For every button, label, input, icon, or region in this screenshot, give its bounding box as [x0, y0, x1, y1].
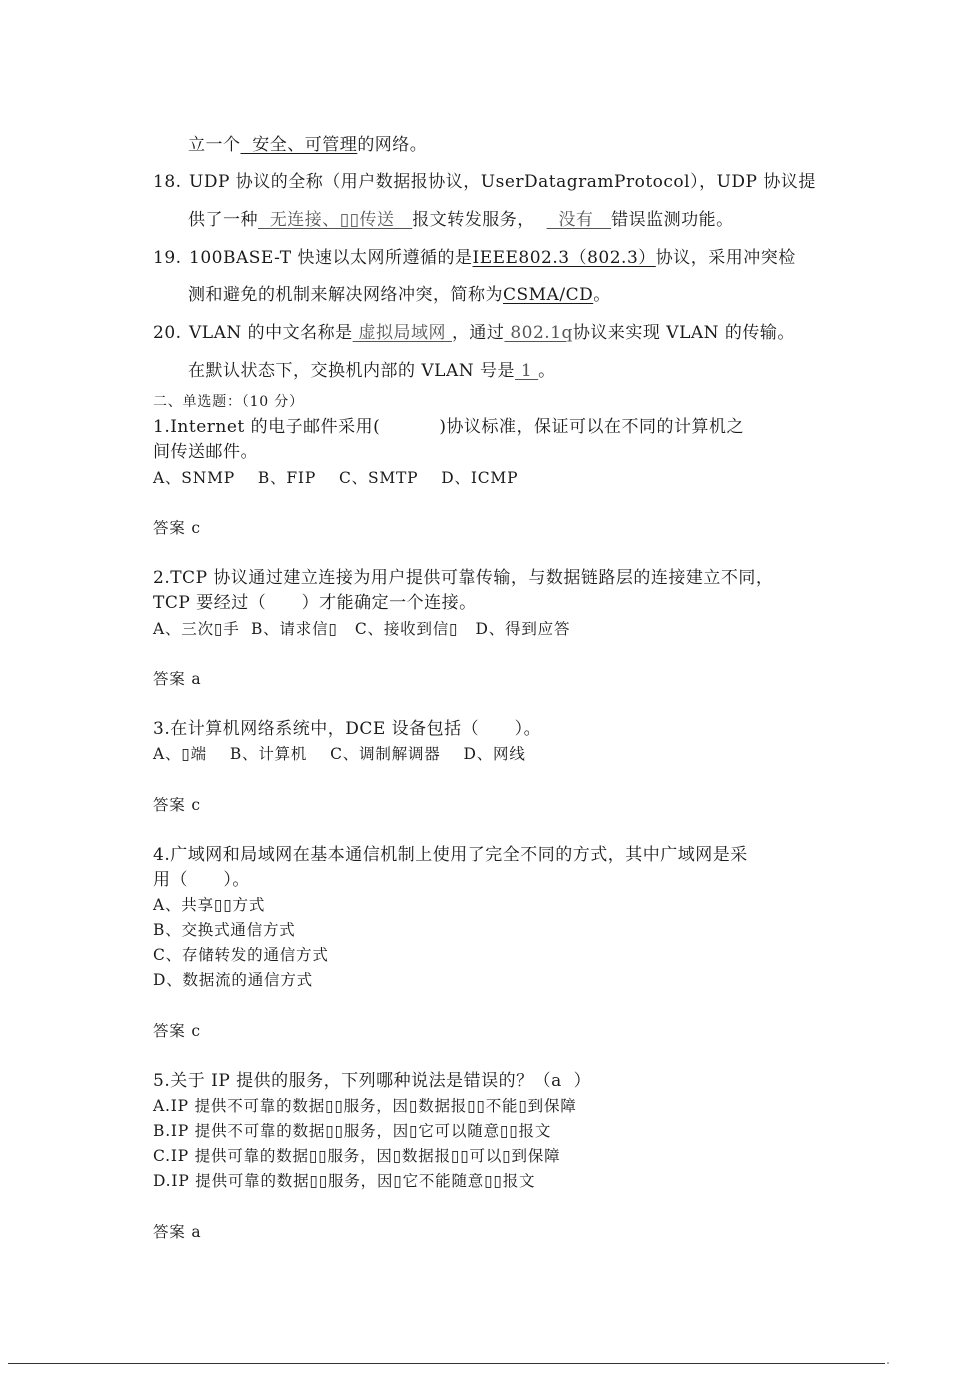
mcq-4-option-b: B、交换式通信方式 [153, 919, 296, 941]
text: 错误监测功能。 [611, 210, 734, 230]
mcq-1-options: A、SNMP B、FIP C、SMTP D、ICMP [153, 467, 518, 489]
mcq-1-answer: 答案 c [153, 517, 201, 539]
q18-answer-blank-1: 无连接、▯▯传送 [258, 210, 412, 230]
mcq-5-option-c: C.IP 提供可靠的数据▯▯服务，因▯数据报▯▯可以▯到保障 [153, 1145, 560, 1167]
mcq-2-answer: 答案 a [153, 668, 201, 690]
text: 在默认状态下，交换机内部的 VLAN 号是 [188, 361, 515, 381]
q17-tail: 立一个 安全、可管理的网络。 [188, 134, 427, 156]
q19-line2: 测和避免的机制来解决网络冲突，简称为CSMA/CD。 [188, 284, 611, 306]
text: VLAN 的中文名称是 [189, 323, 353, 343]
mcq-3-answer: 答案 c [153, 794, 201, 816]
mcq-5-stem: 5.关于 IP 提供的服务，下列哪种说法是错误的？（a ） [153, 1070, 591, 1092]
text: 测和避免的机制来解决网络冲突，简称为 [188, 285, 503, 305]
mcq-5-option-a: A.IP 提供不可靠的数据▯▯服务，因▯数据报▯▯不能▯到保障 [153, 1095, 577, 1117]
text: 。 [538, 361, 556, 381]
q17-answer-blank: 安全、可管理 [241, 135, 358, 155]
footer-mark [887, 1362, 889, 1364]
mcq-5-option-d: D.IP 提供可靠的数据▯▯服务，因▯它不能随意▯▯报文 [153, 1170, 535, 1192]
mcq-3-options: A、▯端 B、计算机 C、调制解调器 D、网线 [153, 743, 526, 765]
text: 报文转发服务， [412, 210, 546, 230]
text: 供了一种 [188, 210, 258, 230]
text: ，通过 [452, 323, 505, 343]
text: 100BASE-T 快速以太网所遵循的是 [189, 248, 472, 268]
question-number: 19. [153, 247, 189, 269]
section-heading: 二、单选题：（10 分） [153, 391, 304, 413]
mcq-2-stem-line2: TCP 要经过（ ）才能确定一个连接。 [153, 592, 477, 614]
mcq-5-answer: 答案 a [153, 1221, 201, 1243]
mcq-1-stem-line1: 1.Internet 的电子邮件采用( )协议标准，保证可以在不同的计算机之 [153, 416, 744, 438]
mcq-4-answer: 答案 c [153, 1020, 201, 1042]
mcq-5-option-b: B.IP 提供不可靠的数据▯▯服务，因▯它可以随意▯▯报文 [153, 1120, 551, 1142]
q19-answer-blank-2: CSMA/CD [503, 285, 593, 305]
mcq-2-stem-line1: 2.TCP 协议通过建立连接为用户提供可靠传输，与数据链路层的连接建立不同， [153, 567, 773, 589]
question-number: 20. [153, 322, 189, 344]
q18-line2: 供了一种 无连接、▯▯传送 报文转发服务， 没有 错误监测功能。 [188, 209, 734, 231]
mcq-4-option-a: A、共享▯▯方式 [153, 894, 265, 916]
text: 的网络。 [357, 135, 427, 155]
q20-answer-blank-1: 虚拟局域网 [353, 323, 452, 343]
mcq-3-stem: 3.在计算机网络系统中，DCE 设备包括（ ）。 [153, 718, 541, 740]
text: 协议，采用冲突检 [656, 248, 796, 268]
q20-line1: 20.VLAN 的中文名称是 虚拟局域网 ，通过 802.1q协议来实现 VLA… [153, 322, 795, 344]
q20-answer-blank-2: 802.1q [504, 323, 572, 343]
mcq-2-options: A、三次▯手 B、请求信▯ C、接收到信▯ D、得到应答 [153, 618, 570, 640]
text: 协议来实现 VLAN 的传输。 [573, 323, 795, 343]
text: UDP 协议的全称（用户数据报协议，UserDatagramProtocol），… [189, 172, 816, 192]
text: 立一个 [188, 135, 241, 155]
q18-answer-blank-2: 没有 [547, 210, 612, 230]
mcq-4-stem-line1: 4.广域网和局域网在基本通信机制上使用了完全不同的方式，其中广域网是采 [153, 844, 748, 866]
q20-answer-blank-3: 1 [515, 361, 538, 381]
mcq-1-stem-line2: 间传送邮件。 [153, 441, 258, 463]
mcq-4-stem-line2: 用（ ）。 [153, 869, 250, 891]
mcq-4-option-c: C、存储转发的通信方式 [153, 944, 329, 966]
footer-divider [8, 1363, 885, 1364]
q19-answer-blank-1: IEEE802.3（802.3） [472, 248, 655, 268]
q19-line1: 19.100BASE-T 快速以太网所遵循的是IEEE802.3（802.3）协… [153, 247, 796, 269]
question-number: 18. [153, 171, 189, 193]
q20-line2: 在默认状态下，交换机内部的 VLAN 号是 1 。 [188, 360, 556, 382]
text: 。 [593, 285, 611, 305]
mcq-4-option-d: D、数据流的通信方式 [153, 969, 313, 991]
q18-line1: 18.UDP 协议的全称（用户数据报协议，UserDatagramProtoco… [153, 171, 816, 193]
